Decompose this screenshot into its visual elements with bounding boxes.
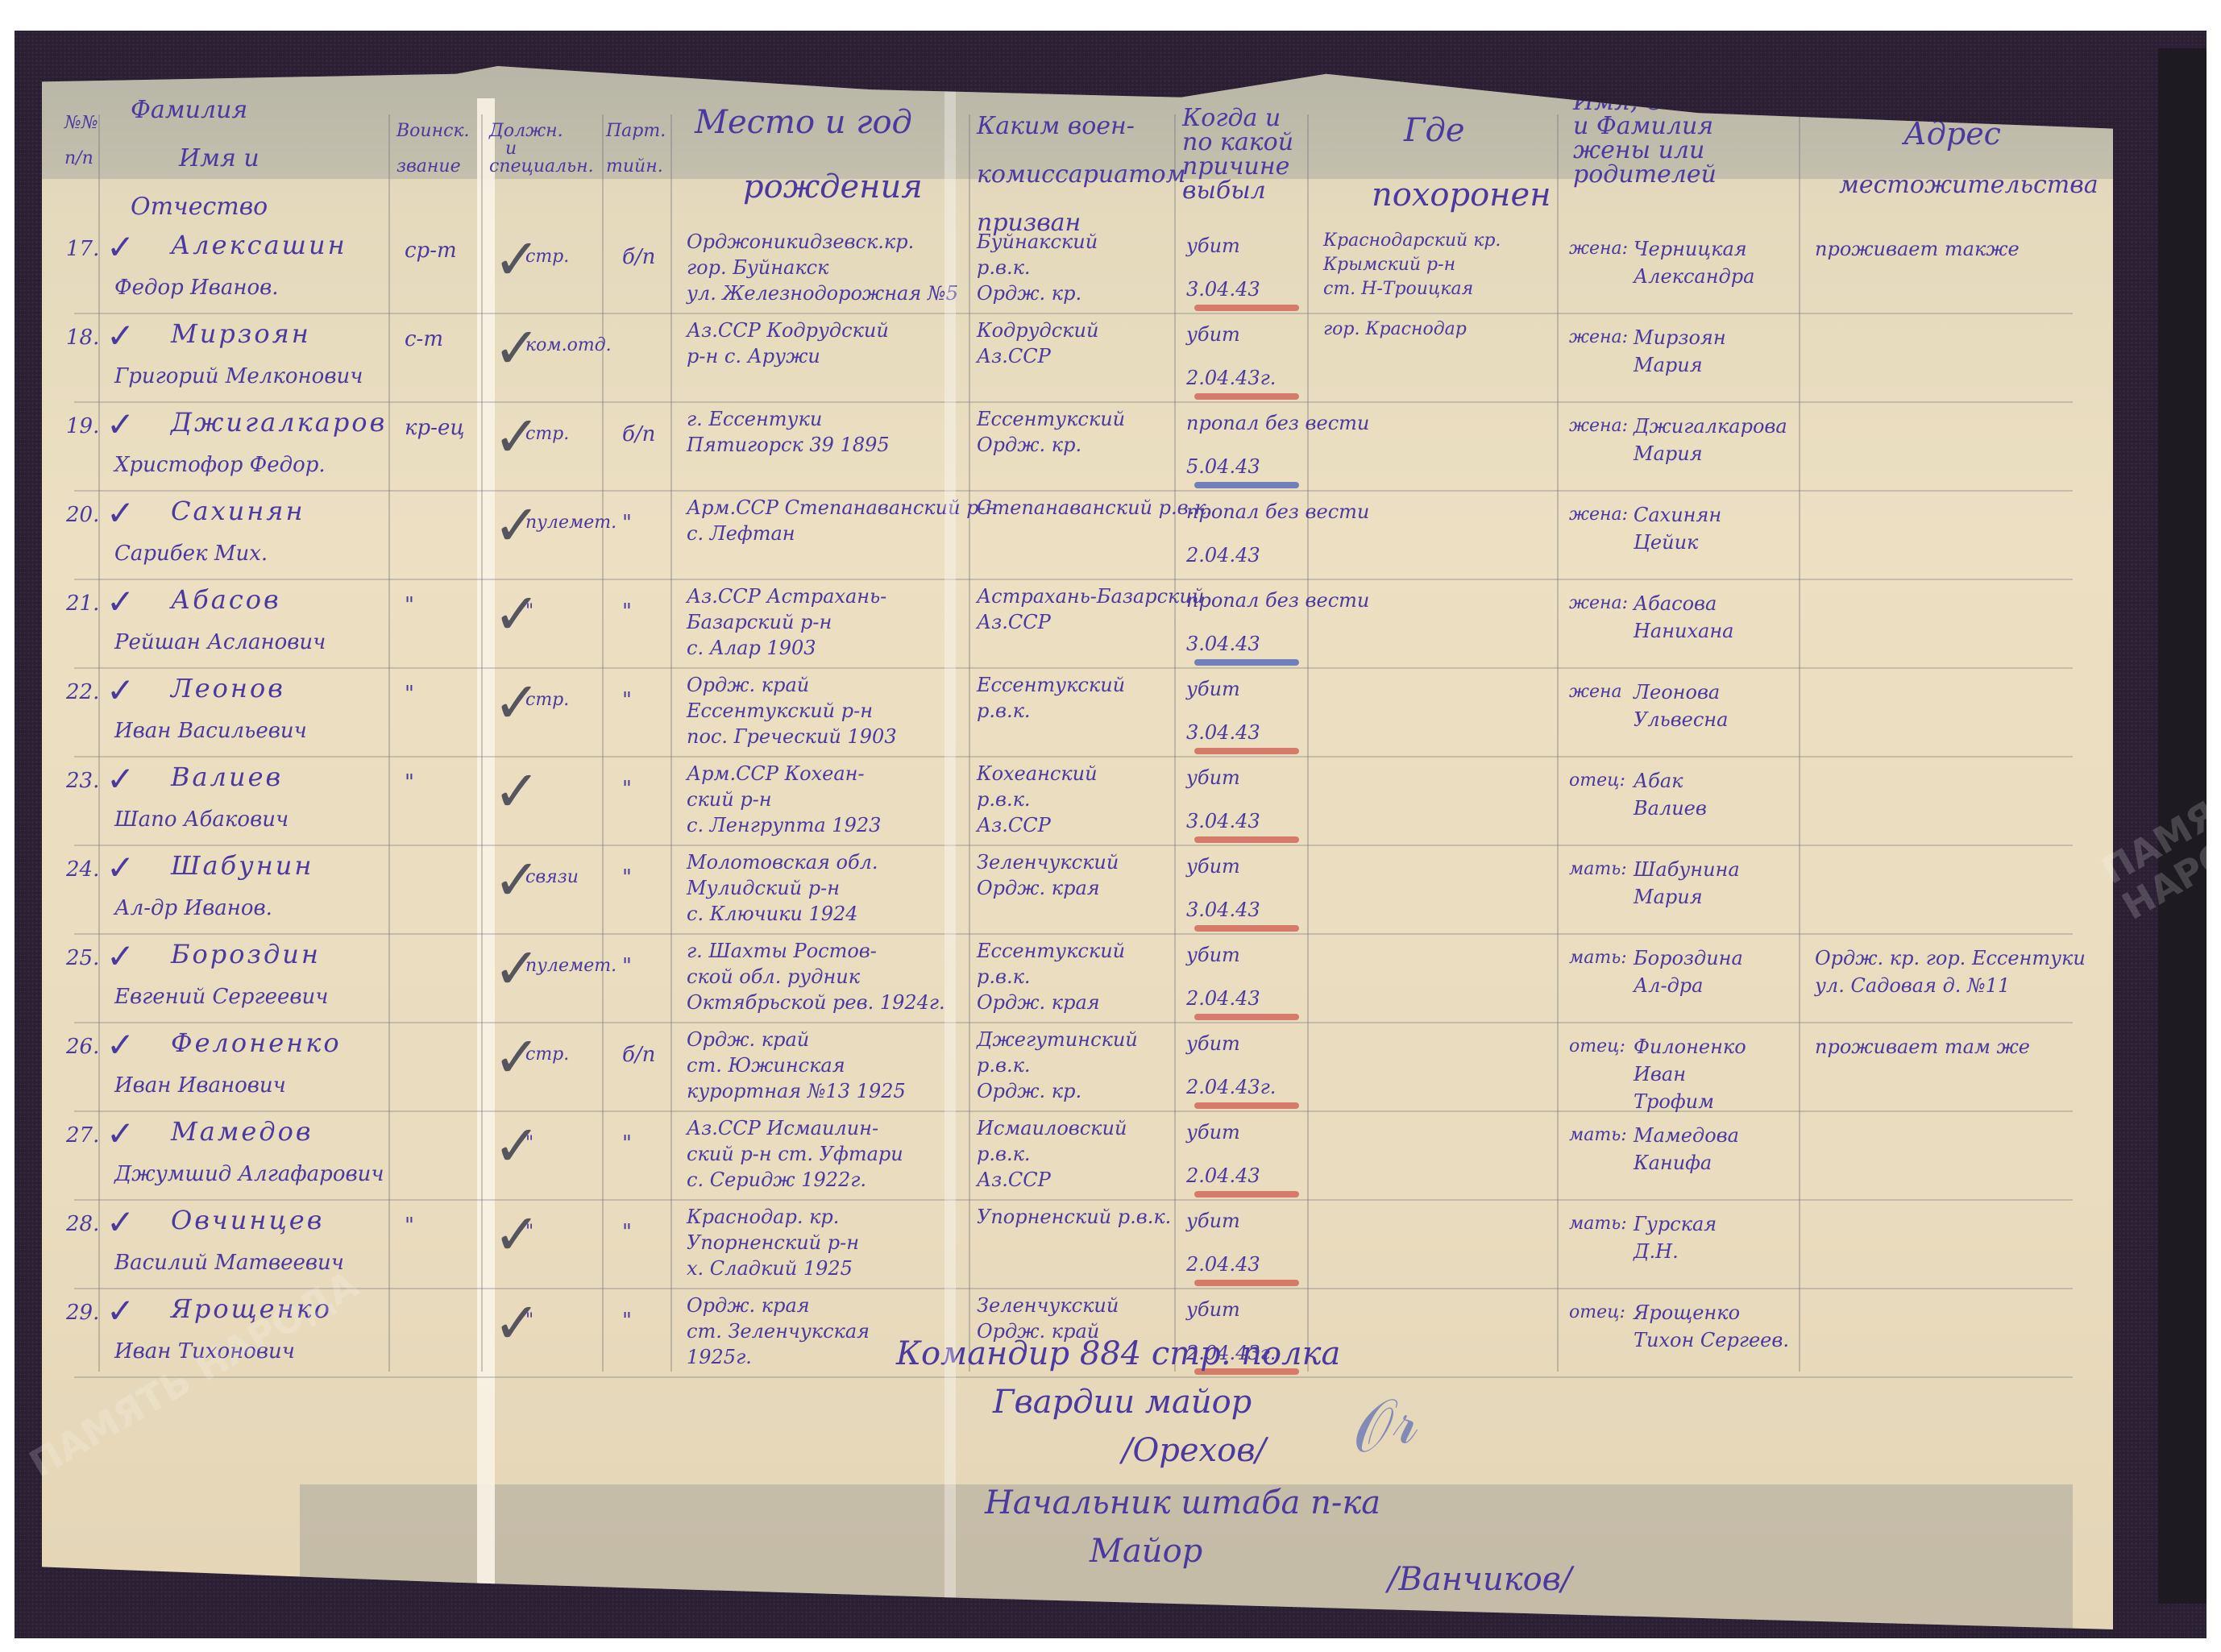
draft-office-line: Джегутинский [977, 1027, 1138, 1052]
relative-name: АбасоваНанихана [1634, 590, 1733, 645]
draft-office-line: Ессентукский [977, 672, 1125, 698]
draft-office: Ессентукскийр.в.к.Ордж. края [977, 938, 1125, 1015]
draft-office: Степанаванский р.в.к. [977, 495, 1212, 521]
relative-name-line: Черницкая [1634, 235, 1754, 263]
birthplace: г. Шахты Ростов-ской обл. рудникОктябрьс… [687, 938, 945, 1015]
party: б/п [622, 421, 655, 448]
row-number: 19. [66, 413, 99, 440]
date: 2.04.43г. [1186, 1073, 1276, 1101]
draft-office: Упорненский р.в.к. [977, 1204, 1171, 1230]
status: убит [1186, 941, 1240, 969]
relative-name: АбакВалиев [1634, 767, 1707, 822]
surname: Леонов [171, 674, 285, 702]
birthplace: Аз.ССР Астрахань-Базарский р-нс. Алар 19… [687, 583, 886, 661]
given-names: Иван Васильевич [114, 717, 307, 745]
position: стр. [525, 421, 569, 448]
draft-office-line: Упорненский р.в.к. [977, 1204, 1171, 1230]
relative-name-line: Филоненко [1634, 1033, 1746, 1061]
header-num: №№п/п [64, 114, 98, 168]
rank: кр-ец [405, 414, 464, 442]
position: ком.отд. [525, 332, 612, 359]
birthplace-line: г. Шахты Ростов- [687, 938, 945, 964]
row-divider [74, 1110, 2073, 1112]
chief-rank: Майор [1090, 1533, 1202, 1570]
row-divider [74, 756, 2073, 758]
header-birthplace: Место и год рождения [695, 106, 923, 203]
position: пулемет. [525, 509, 616, 537]
pencil-check-icon: ✓ [493, 763, 541, 820]
relative-name-line: Джигалкарова [1634, 413, 1787, 440]
birthplace: Аз.ССР Исмаилин-ский р-н ст. Уфтарис. Се… [687, 1115, 903, 1193]
party: " [622, 953, 632, 980]
relative-role: жена [1569, 679, 1622, 706]
birthplace: Краснодар. кр.Упорненский р-нх. Сладкий … [687, 1204, 859, 1281]
birthplace: г. ЕссентукиПятигорск 39 1895 [687, 406, 890, 458]
relative-name-line: Шабунина [1634, 856, 1740, 883]
relative-name: ЯрощенкоТихон Сергеев. [1634, 1299, 1789, 1354]
draft-office-line: р.в.к. [977, 255, 1098, 280]
birthplace-line: Октябрьской рев. 1924г. [687, 990, 945, 1015]
birthplace: Молотовская обл.Мулидский р-нс. Ключики … [687, 849, 878, 927]
row-divider [74, 401, 2073, 403]
status: убит [1186, 675, 1240, 703]
draft-office: Астрахань-БазарскийАз.ССР [977, 583, 1204, 635]
draft-office: Буйнакскийр.в.к.Ордж. кр. [977, 229, 1098, 306]
draft-office-line: р.в.к. [977, 787, 1098, 812]
relative-name: ШабунинаМария [1634, 856, 1740, 911]
date-underline [1194, 482, 1299, 488]
row-number: 27. [66, 1122, 99, 1149]
rank: " [405, 769, 414, 796]
birthplace: Арм.ССР Кохеан-ский р-нс. Ленгрупта 1923 [687, 761, 881, 838]
birthplace: Ордж. краяст. Зеленчукская1925г. [687, 1293, 870, 1370]
row-divider [74, 1199, 2073, 1201]
position: " [525, 1130, 533, 1157]
surname: Джигалкаров [171, 409, 387, 436]
position: пулемет. [525, 953, 616, 980]
birthplace-line: Орджоникидзевск.кр. [687, 229, 958, 255]
party: " [622, 687, 632, 714]
table-row: 18.✓МирзоянГригорий Мелконовичс-т✓ком.от… [42, 316, 2113, 419]
header-name: Фамилия Имя и Отчество [131, 98, 268, 219]
row-divider [74, 667, 2073, 669]
row-divider [74, 933, 2073, 935]
birthplace-line: ский р-н [687, 787, 881, 812]
draft-office-line: р.в.к. [977, 698, 1125, 724]
commander-name: /Орехов/ [1122, 1432, 1266, 1469]
relative-name-line: Ярощенко [1634, 1299, 1789, 1326]
header-position: Должн.испециальн. [489, 122, 594, 176]
given-names: Евгений Сергеевич [114, 983, 328, 1011]
birthplace-line: пос. Греческий 1903 [687, 724, 897, 749]
check-icon: ✓ [106, 316, 135, 355]
address-line: проживает также [1815, 235, 2020, 263]
signature-commander: 𝒪𝓇 [1340, 1381, 1422, 1469]
birthplace-line: с. Ключики 1924 [687, 901, 878, 927]
draft-office-line: Астрахань-Базарский [977, 583, 1204, 609]
draft-office-line: Буйнакский [977, 229, 1098, 255]
draft-office-line: Ордж. края [977, 990, 1125, 1015]
date-underline [1194, 925, 1299, 932]
relative-name-line: Нанихана [1634, 617, 1733, 645]
table-row: 25.✓БороздинЕвгений Сергеевич✓пулемет."г… [42, 936, 2113, 1040]
table-row: 19.✓ДжигалкаровХристофор Федор.кр-ец✓стр… [42, 405, 2113, 508]
party: б/п [622, 243, 655, 271]
date: 3.04.43 [1186, 276, 1260, 303]
address-line: ул. Садовая д. №11 [1815, 972, 2086, 999]
row-number: 20. [66, 501, 99, 529]
row-divider [74, 579, 2073, 580]
row-number: 23. [66, 767, 99, 795]
draft-office-line: Кохеанский [977, 761, 1098, 787]
relative-name-line: Бороздина [1634, 944, 1743, 972]
check-icon: ✓ [106, 1025, 135, 1065]
status: убит [1186, 1296, 1240, 1323]
status: пропал без вести [1186, 587, 1369, 614]
table-row: 21.✓АбасовРейшан Асланович"✓""Аз.ССР Аст… [42, 582, 2113, 685]
date: 2.04.43г. [1186, 364, 1276, 392]
surname: Шабунин [171, 852, 313, 879]
table-row: 27.✓МамедовДжумшид Алгафарович✓""Аз.ССР … [42, 1114, 2113, 1217]
birthplace-line: Аз.ССР Кодрудский [687, 318, 889, 343]
date: 3.04.43 [1186, 807, 1260, 835]
surname: Мирзоян [171, 320, 311, 347]
relative-role: мать: [1569, 1210, 1627, 1238]
row-number: 28. [66, 1210, 99, 1238]
relative-name: МамедоваКанифа [1634, 1122, 1739, 1177]
draft-office-line: Ессентукский [977, 406, 1125, 432]
draft-office: Кохеанскийр.в.к.Аз.ССР [977, 761, 1098, 838]
rank: " [405, 680, 414, 708]
row-number: 25. [66, 944, 99, 972]
birthplace-line: Ордж. края [687, 1293, 870, 1318]
row-number: 26. [66, 1033, 99, 1061]
birthplace: Ордж. крайЕссентукский р-нпос. Греческий… [687, 672, 897, 749]
check-icon: ✓ [106, 227, 135, 267]
position: " [525, 1307, 533, 1334]
check-icon: ✓ [106, 1291, 135, 1330]
check-icon: ✓ [106, 936, 135, 976]
birthplace-line: Краснодар. кр. [687, 1204, 859, 1230]
header-address: Адресместожительства [1839, 118, 2099, 197]
row-divider [74, 1022, 2073, 1023]
date-underline [1194, 305, 1299, 311]
relative-name-line: Цейик [1634, 529, 1721, 556]
check-icon: ✓ [106, 759, 135, 799]
relative-name-line: Мамедова [1634, 1122, 1739, 1149]
relative-name: ДжигалкароваМария [1634, 413, 1787, 467]
position: " [525, 1218, 533, 1246]
address: Ордж. кр. гор. Ессентукиул. Садовая д. №… [1815, 944, 2086, 999]
birthplace-line: Арм.ССР Кохеан- [687, 761, 881, 787]
date-underline [1194, 1014, 1299, 1020]
address: проживает также [1815, 235, 2020, 263]
status: убит [1186, 232, 1240, 259]
relative-name-line: Сахинян [1634, 501, 1721, 529]
birthplace-line: с. Алар 1903 [687, 635, 886, 661]
birthplace: Ордж. крайст. Южинскаякурортная №13 1925 [687, 1027, 906, 1104]
given-names: Ал-др Иванов. [114, 894, 272, 922]
table-row: 20.✓СахинянСарибек Мих.✓пулемет."Арм.ССР… [42, 493, 2113, 596]
status: пропал без вести [1186, 409, 1369, 437]
table-row: 26.✓ФелоненкоИван Иванович✓стр.б/пОрдж. … [42, 1025, 2113, 1128]
draft-office-line: Аз.ССР [977, 812, 1098, 838]
check-icon: ✓ [106, 1114, 135, 1153]
surname: Фелоненко [171, 1029, 342, 1056]
status: пропал без вести [1186, 498, 1369, 525]
party: " [622, 1307, 632, 1334]
draft-office-line: Ордж. кр. [977, 1078, 1138, 1104]
birthplace-line: ст. Южинская [687, 1052, 906, 1078]
draft-office-line: Исмаиловский [977, 1115, 1127, 1141]
given-names: Христофор Федор. [114, 451, 326, 479]
party: " [622, 864, 632, 891]
relative-name-line: Иван [1634, 1061, 1746, 1088]
birthplace-line: Аз.ССР Астрахань- [687, 583, 886, 609]
row-number: 21. [66, 590, 99, 617]
draft-office-line: р.в.к. [977, 1141, 1127, 1167]
relative-name: ГурскаяД.Н. [1634, 1210, 1717, 1265]
date-underline [1194, 836, 1299, 843]
relative-role: отец: [1569, 1033, 1625, 1061]
birthplace-line: р-н с. Аружи [687, 343, 889, 369]
birthplace-line: ский р-н ст. Уфтари [687, 1141, 903, 1167]
row-divider [74, 845, 2073, 846]
commander-title: Командир 884 стр. полка [896, 1335, 1340, 1372]
burial-place: гор. Краснодар [1323, 318, 1467, 342]
relative-name-line: Абак [1634, 767, 1707, 795]
relative-name: ЧерницкаяАлександра [1634, 235, 1754, 290]
relative-role: жена: [1569, 324, 1628, 351]
relative-name-line: Абасова [1634, 590, 1733, 617]
given-names: Сарибек Мих. [114, 540, 268, 567]
relative-name-line: Гурская [1634, 1210, 1717, 1238]
address-line: проживает там же [1815, 1033, 2030, 1061]
birthplace-line: Базарский р-н [687, 609, 886, 635]
row-number: 17. [66, 235, 99, 263]
check-icon: ✓ [106, 848, 135, 887]
party: " [622, 775, 632, 803]
draft-office-line: р.в.к. [977, 964, 1125, 990]
birthplace-line: с. Серидж 1922г. [687, 1167, 903, 1193]
address: проживает там же [1815, 1033, 2030, 1061]
surname: Овчинцев [171, 1206, 324, 1234]
party: " [622, 598, 632, 625]
table-row: 22.✓ЛеоновИван Васильевич"✓стр."Ордж. кр… [42, 670, 2113, 774]
draft-office-line: Зеленчукский [977, 849, 1119, 875]
relative-name-line: Тихон Сергеев. [1634, 1326, 1789, 1354]
birthplace-line: с. Ленгрупта 1923 [687, 812, 881, 838]
birthplace: Орджоникидзевск.кр.гор. Буйнакскул. Желе… [687, 229, 958, 306]
date-underline [1194, 1102, 1299, 1109]
relative-name-line: Канифа [1634, 1149, 1739, 1177]
given-names: Григорий Мелконович [114, 363, 363, 390]
row-number: 18. [66, 324, 99, 351]
surname: Сахинян [171, 497, 305, 525]
header-draft: Каким воен-комиссариатомпризван [977, 114, 1185, 235]
birthplace-line: Ордж. край [687, 1027, 906, 1052]
header-rank: Воинск.звание [396, 122, 470, 176]
birthplace: Арм.ССР Степанаванский р-нс. Лефтан [687, 495, 998, 546]
draft-office: Ессентукскийр.в.к. [977, 672, 1125, 724]
relative-name-line: Мария [1634, 351, 1726, 379]
check-icon: ✓ [106, 1202, 135, 1242]
position: стр. [525, 243, 569, 271]
status: убит [1186, 321, 1240, 348]
table-row: 23.✓ВалиевШапо Абакович"✓"Арм.ССР Кохеан… [42, 759, 2113, 862]
surname: Мамедов [171, 1118, 313, 1145]
given-names: Шапо Абакович [114, 806, 289, 833]
surname: Бороздин [171, 940, 321, 968]
birthplace-line: Мулидский р-н [687, 875, 878, 901]
birthplace-line: ской обл. рудник [687, 964, 945, 990]
document-sheet: 928 №№п/п Фамилия Имя и Отчество Воинск.… [42, 66, 2113, 1629]
draft-office: Джегутинскийр.в.к.Ордж. кр. [977, 1027, 1138, 1104]
relative-role: мать: [1569, 944, 1627, 972]
birthplace-line: 1925г. [687, 1344, 870, 1370]
date: 5.04.43 [1186, 453, 1260, 480]
row-divider [74, 313, 2073, 314]
birthplace-line: Аз.ССР Исмаилин- [687, 1115, 903, 1141]
relative-name-line: Мирзоян [1634, 324, 1726, 351]
burial-place: Краснодарский кр.Крымский р-нст. Н-Троиц… [1323, 229, 1501, 301]
date: 2.04.43 [1186, 1162, 1260, 1189]
date-underline [1194, 748, 1299, 754]
rank: ср-т [405, 237, 457, 264]
party: " [622, 1218, 632, 1246]
birthplace: Аз.ССР Кодрудскийр-н с. Аружи [687, 318, 889, 369]
position: " [525, 598, 533, 625]
row-divider [74, 490, 2073, 492]
relative-name-line: Ал-дра [1634, 972, 1743, 999]
status: убит [1186, 1030, 1240, 1057]
date: 3.04.43 [1186, 896, 1260, 924]
birthplace-line: Ордж. край [687, 672, 897, 698]
address-line: Ордж. кр. гор. Ессентуки [1815, 944, 2086, 972]
status: убит [1186, 853, 1240, 880]
burial-place-line: Крымский р-н [1323, 253, 1501, 277]
relative-role: отец: [1569, 767, 1625, 795]
draft-office-line: Аз.ССР [977, 1167, 1127, 1193]
draft-office-line: Степанаванский р.в.к. [977, 495, 1212, 521]
draft-office-line: Ордж. кр. [977, 432, 1125, 458]
draft-office: КодрудскийАз.ССР [977, 318, 1098, 369]
position: стр. [525, 687, 569, 714]
date-underline [1194, 393, 1299, 400]
row-divider [74, 1288, 2073, 1289]
date: 2.04.43 [1186, 1251, 1260, 1278]
party: " [622, 1130, 632, 1157]
status: убит [1186, 764, 1240, 791]
date-underline [1194, 659, 1299, 666]
table-row: 17.✓АлексашинФедор Иванов.ср-т✓стр.б/пОр… [42, 227, 2113, 330]
draft-office-line: Аз.ССР [977, 609, 1204, 635]
position: стр. [525, 1041, 569, 1069]
draft-office-line: р.в.к. [977, 1052, 1138, 1078]
date: 3.04.43 [1186, 630, 1260, 658]
surname: Валиев [171, 763, 283, 791]
commander-rank: Гвардии майор [993, 1384, 1252, 1421]
status: убит [1186, 1207, 1240, 1235]
rank: с-т [405, 326, 443, 353]
relative-role: отец: [1569, 1299, 1625, 1326]
draft-office-line: Аз.ССР [977, 343, 1098, 369]
relative-role: жена: [1569, 413, 1628, 440]
given-names: Иван Иванович [114, 1072, 286, 1099]
birthplace-line: гор. Буйнакск [687, 255, 958, 280]
draft-office-line: Кодрудский [977, 318, 1098, 343]
row-divider [74, 1376, 2073, 1378]
check-icon: ✓ [106, 405, 135, 444]
relative-name: ЛеоноваУльвесна [1634, 679, 1728, 733]
surname: Абасов [171, 586, 281, 613]
rank: " [405, 591, 414, 619]
relative-role: жена: [1569, 590, 1628, 617]
given-names: Рейшан Асланович [114, 629, 326, 656]
birthplace-line: Ессентукский р-н [687, 698, 897, 724]
relative-name-line: Леонова [1634, 679, 1728, 706]
birthplace-line: Упорненский р-н [687, 1230, 859, 1256]
table-row: 24.✓ШабунинАл-др Иванов.✓связи"Молотовск… [42, 848, 2113, 951]
position: связи [525, 864, 579, 891]
relative-name-line: Александра [1634, 263, 1754, 290]
birthplace-line: с. Лефтан [687, 521, 998, 546]
relative-name-line: Валиев [1634, 795, 1707, 822]
header-party: Парт.тийн. [606, 122, 666, 176]
chief-title: Начальник штаба п-ка [985, 1484, 1380, 1521]
birthplace-line: х. Сладкий 1925 [687, 1256, 859, 1281]
burial-place-line: ст. Н-Троицкая [1323, 277, 1501, 301]
birthplace-line: Арм.ССР Степанаванский р-н [687, 495, 998, 521]
date: 2.04.43 [1186, 985, 1260, 1012]
birthplace-line: Молотовская обл. [687, 849, 878, 875]
draft-office: Исмаиловскийр.в.к.Аз.ССР [977, 1115, 1127, 1193]
row-number: 29. [66, 1299, 99, 1326]
burial-place-line: Краснодарский кр. [1323, 229, 1501, 253]
birthplace-line: г. Ессентуки [687, 406, 890, 432]
relative-name: МирзоянМария [1634, 324, 1726, 379]
draft-office-line: Ессентукский [977, 938, 1125, 964]
draft-office-line: Ордж. кр. [977, 280, 1098, 306]
relative-role: мать: [1569, 1122, 1627, 1149]
draft-office-line: Ордж. края [977, 875, 1119, 901]
relative-name-line: Трофим [1634, 1088, 1746, 1115]
draft-office-line: Зеленчукский [977, 1293, 1119, 1318]
check-icon: ✓ [106, 493, 135, 533]
relative-name: ФилоненкоИванТрофим [1634, 1033, 1746, 1115]
given-names: Василий Матвеевич [114, 1249, 344, 1276]
draft-office: ЗеленчукскийОрдж. края [977, 849, 1119, 901]
row-number: 22. [66, 679, 99, 706]
birthplace-line: Пятигорск 39 1895 [687, 432, 890, 458]
header-when-why: Когда ипо какойпричиневыбыл [1182, 106, 1293, 203]
burial-place-line: гор. Краснодар [1323, 318, 1467, 342]
surname: Алексашин [171, 231, 347, 259]
relative-role: мать: [1569, 856, 1627, 883]
birthplace-line: ул. Железнодорожная №5 [687, 280, 958, 306]
relative-name-line: Мария [1634, 440, 1787, 467]
date-underline [1194, 1280, 1299, 1286]
relative-role: жена: [1569, 501, 1628, 529]
relative-name: БороздинаАл-дра [1634, 944, 1743, 999]
check-icon: ✓ [106, 582, 135, 621]
date: 2.04.43 [1186, 542, 1260, 569]
birthplace-line: ст. Зеленчукская [687, 1318, 870, 1344]
chief-name: /Ванчиков/ [1388, 1561, 1571, 1598]
party: б/п [622, 1041, 655, 1069]
header-buried: Гдепохоронен [1372, 114, 1551, 211]
relative-name: СахинянЦейик [1634, 501, 1721, 556]
